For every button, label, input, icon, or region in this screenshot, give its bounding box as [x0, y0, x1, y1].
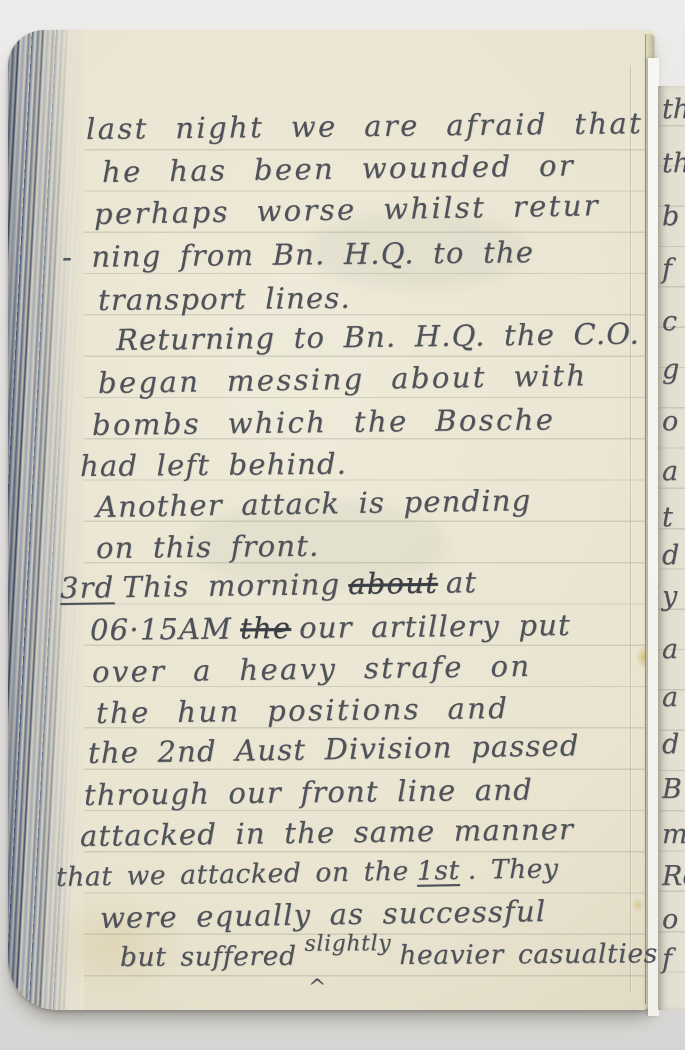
handwriting-line: 3rdThis morningaboutat [60, 565, 478, 605]
handwriting-line: bombs which the Bosche [92, 402, 556, 442]
line-text: the 2nd Aust Division passed [88, 728, 580, 770]
line-text: transport lines. [98, 281, 351, 317]
insertion-caret-mark: ^ [308, 976, 326, 1001]
line-text: heavier casualties [399, 938, 658, 971]
handwriting-line: 06·15AMtheour artillery put [90, 608, 571, 647]
underlined-date: 1st [417, 855, 460, 887]
handwriting-line: he has been wounded or [102, 148, 576, 189]
handwriting-line: transport lines. [98, 281, 351, 317]
handwriting-line: had left behind. [80, 447, 347, 483]
handwriting-line: the 2nd Aust Division passed [88, 728, 580, 770]
struck-word: about [348, 566, 438, 601]
handwriting-line: through our front line and [84, 773, 533, 812]
line-text: our artillery put [299, 608, 571, 645]
handwriting-line: the hun positions and [96, 691, 510, 730]
line-text: . They [467, 853, 558, 886]
handwriting-line: over a heavy strafe on [92, 649, 532, 689]
underlined-date: 3rd [60, 570, 115, 605]
line-text: that we attacked on the [56, 856, 409, 893]
inserted-word: slightly [304, 931, 391, 957]
time-text: 06·15AM [90, 612, 232, 647]
handwriting-line: were equally as successful [100, 894, 547, 935]
line-text: were equally as successful [100, 894, 547, 935]
line-text: he has been wounded or [102, 148, 576, 189]
handwriting-line: perhaps worse whilst retur [94, 188, 601, 231]
handwriting-line: but sufferedslightlyheavier casualties [120, 938, 658, 973]
handwriting-line: Another attack is pending [96, 483, 532, 524]
line-text: This morning [122, 567, 340, 604]
line-text: the hun positions and [96, 691, 510, 730]
handwriting-line: Returning to Bn. H.Q. the C.O. [116, 317, 640, 357]
handwritten-entry: last night we are afraid that he has bee… [0, 0, 685, 1050]
line-text: attacked in the same manner [80, 812, 575, 853]
handwriting-line: on this front. [96, 529, 320, 565]
line-text: Returning to Bn. H.Q. the C.O. [116, 317, 640, 357]
line-text: began messing about with [98, 358, 588, 400]
diary-photo: the the b f c g o a t d y a a d B m Re o… [0, 0, 685, 1050]
line-text: at [446, 565, 478, 599]
line-text: last night we are afraid that [86, 106, 644, 146]
handwriting-line: last night we are afraid that [86, 106, 644, 146]
line-text: over a heavy strafe on [92, 649, 532, 689]
handwriting-line: - ning from Bn. H.Q. to the [62, 235, 534, 274]
struck-word: the [240, 611, 291, 646]
line-text: - ning from Bn. H.Q. to the [62, 235, 534, 274]
line-text: on this front. [96, 529, 320, 565]
line-text: bombs which the Bosche [92, 402, 556, 442]
handwriting-line: began messing about with [98, 358, 588, 400]
line-text: Another attack is pending [96, 483, 532, 524]
handwriting-line: attacked in the same manner [80, 812, 575, 853]
line-text: perhaps worse whilst retur [94, 188, 601, 231]
line-text: through our front line and [84, 773, 533, 812]
handwriting-line: that we attacked on the1st. They [56, 853, 559, 893]
line-text: had left behind. [80, 447, 347, 483]
line-text: but suffered [120, 941, 297, 973]
